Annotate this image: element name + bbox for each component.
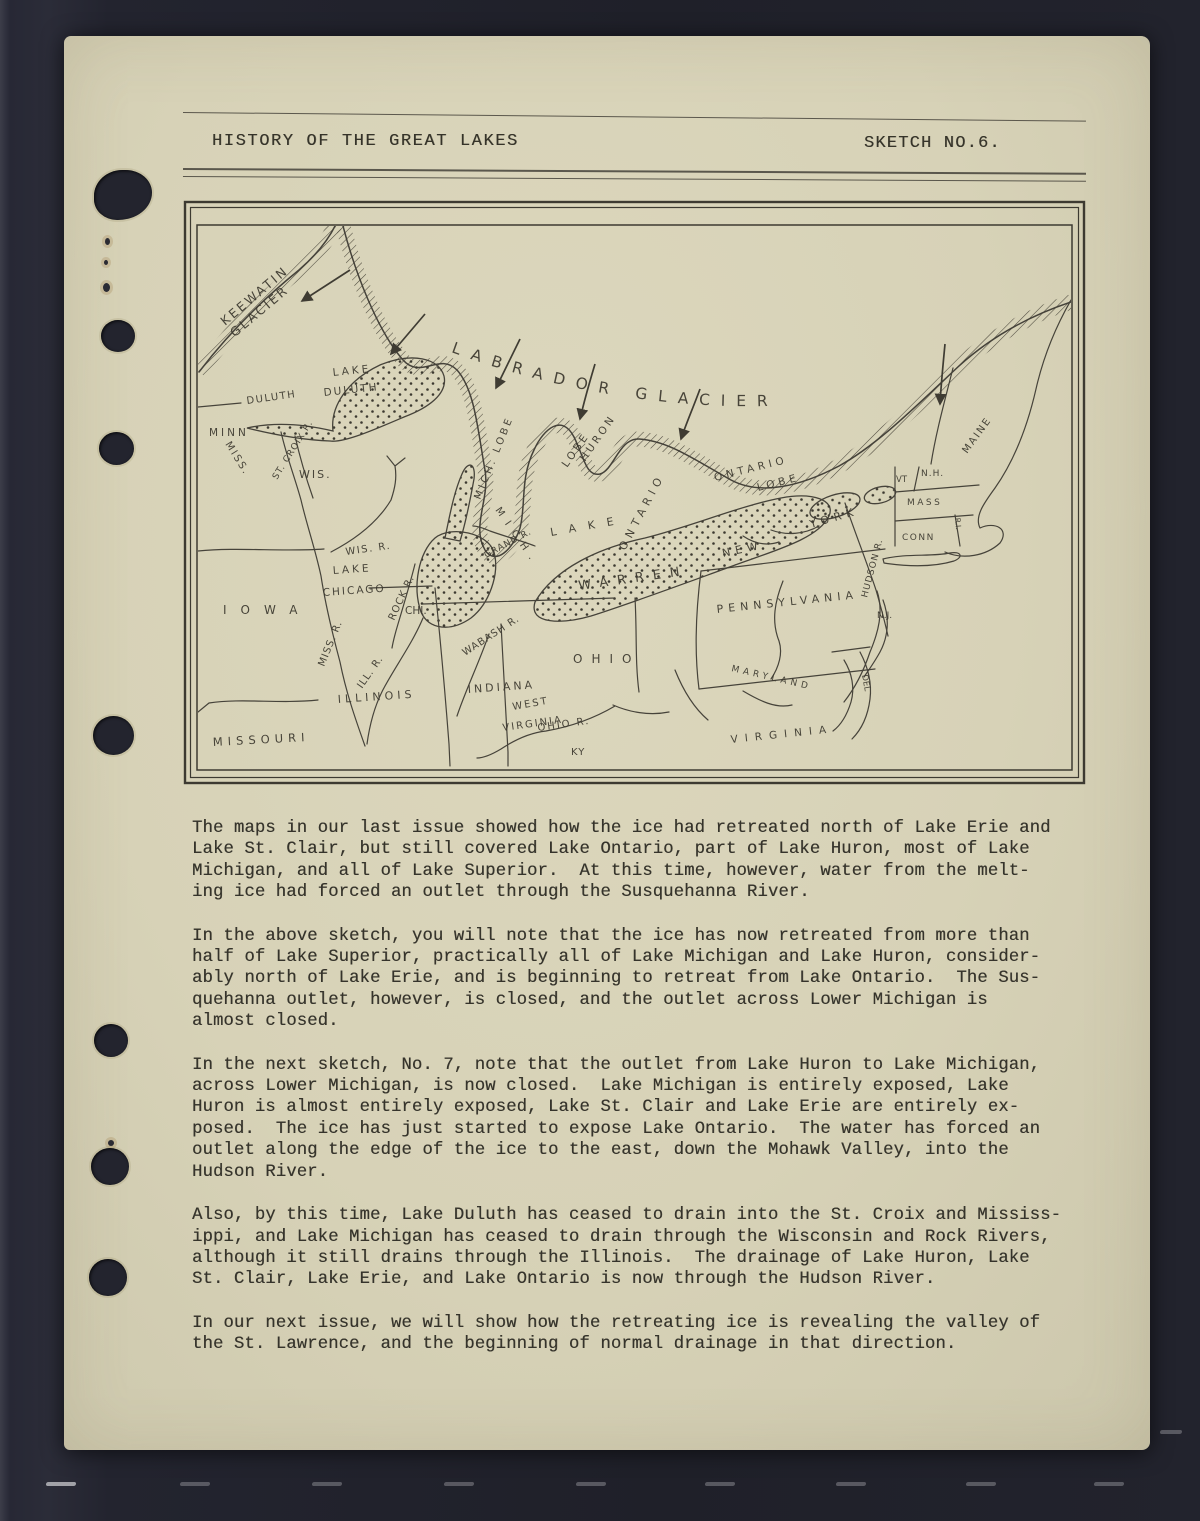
map-label-lake-warren-1: LAKE bbox=[549, 513, 626, 539]
paragraph-2: In the above sketch, you will note that … bbox=[192, 926, 1097, 1033]
paper-speck-4 bbox=[108, 1140, 114, 1146]
map-label-wabash-r: WABASH R. bbox=[461, 614, 522, 659]
paragraph-5: In our next issue, we will show how the … bbox=[192, 1313, 1097, 1356]
map-label-illinois: ILLINOIS bbox=[337, 688, 416, 706]
map-label-mass: MASS bbox=[907, 498, 942, 508]
punch-hole-2 bbox=[101, 320, 135, 352]
binding-stitch bbox=[46, 1482, 77, 1486]
header-divider bbox=[183, 168, 1086, 182]
map-label-duluth-city: DULUTH bbox=[246, 389, 297, 407]
lake-chicago-area bbox=[417, 532, 496, 628]
paper-speck-2 bbox=[104, 260, 108, 265]
map-label-nj: N.J. bbox=[877, 611, 892, 621]
map-label-ill-r: ILL. R. bbox=[355, 654, 385, 691]
map-label-chi: CHI. bbox=[405, 605, 427, 617]
paragraph-3: In the next sketch, No. 7, note that the… bbox=[192, 1055, 1097, 1183]
map-label-wis: WIS. bbox=[299, 468, 332, 481]
map-label-nh: N.H. bbox=[921, 469, 944, 479]
binding-stitch bbox=[312, 1482, 343, 1486]
binding-stitch bbox=[576, 1482, 607, 1486]
punch-hole-6 bbox=[91, 1148, 129, 1185]
paper-speck-3 bbox=[103, 283, 110, 292]
punch-hole-5 bbox=[94, 1024, 128, 1057]
ice-margin-pond-2 bbox=[863, 483, 898, 506]
map-label-indiana: INDIANA bbox=[467, 678, 535, 696]
binding-stitch bbox=[1160, 1430, 1183, 1434]
map-svg: KEEWATIN GLACIER LABRADOR GLACIER MICH. … bbox=[183, 200, 1086, 785]
map-label-miss: MISS. bbox=[222, 440, 251, 478]
lake-chicago-north-arm bbox=[445, 465, 474, 541]
binding-stitch bbox=[1094, 1482, 1125, 1486]
binding-stitch bbox=[444, 1482, 475, 1486]
map-label-lake-chicago-1: LAKE bbox=[332, 562, 372, 577]
map-label-west-va-1: WEST bbox=[512, 696, 550, 713]
map-label-iowa: IOWA bbox=[223, 603, 311, 617]
punch-hole-7 bbox=[89, 1259, 127, 1296]
map-sketch: KEEWATIN GLACIER LABRADOR GLACIER MICH. … bbox=[183, 200, 1086, 785]
map-label-minn: MINN bbox=[209, 427, 249, 439]
map-label-pennsylvania: PENNSYLVANIA bbox=[716, 588, 859, 616]
long-island bbox=[883, 553, 960, 566]
map-label-hudson-r: HUDSON R. bbox=[860, 538, 885, 599]
chesapeake bbox=[833, 660, 853, 731]
map-label-ohio: OHIO bbox=[573, 652, 640, 666]
binder-spine-edge bbox=[0, 0, 10, 1521]
document-page: HISTORY OF THE GREAT LAKES SKETCH NO.6. bbox=[64, 36, 1150, 1450]
sketch-number: SKETCH NO.6. bbox=[864, 134, 1001, 153]
map-label-miss-r: MISS. R. bbox=[317, 619, 345, 668]
map-label-wis-r: WIS. R. bbox=[345, 541, 392, 558]
paper-speck-1 bbox=[105, 238, 110, 245]
map-label-maine: MAINE bbox=[961, 415, 995, 456]
binding-stitch bbox=[836, 1482, 867, 1486]
map-label-keewatin-glacier: KEEWATIN GLACIER bbox=[217, 263, 301, 340]
punch-hole-3 bbox=[99, 432, 134, 465]
punch-hole-4 bbox=[93, 716, 134, 755]
map-label-maryland: MARYLAND bbox=[730, 664, 812, 692]
map-outer-border-inner-line bbox=[191, 208, 1079, 778]
binder-background: HISTORY OF THE GREAT LAKES SKETCH NO.6. bbox=[0, 0, 1200, 1521]
map-label-ri: R.I. bbox=[953, 517, 963, 530]
map-label-virginia: VIRGINIA bbox=[730, 723, 834, 746]
binding-stitch bbox=[705, 1482, 736, 1486]
page-title: HISTORY OF THE GREAT LAKES bbox=[212, 132, 519, 151]
wisconsin-river bbox=[331, 456, 405, 552]
map-label-lake-chicago-2: CHICAGO bbox=[322, 583, 386, 599]
map-label-del: DEL bbox=[859, 674, 872, 692]
body-text: The maps in our last issue showed how th… bbox=[192, 818, 1097, 1378]
map-label-conn: CONN bbox=[902, 533, 935, 543]
top-rule bbox=[183, 112, 1086, 122]
paragraph-1: The maps in our last issue showed how th… bbox=[192, 818, 1097, 904]
map-label-labrador-glacier: LABRADOR GLACIER bbox=[450, 339, 779, 410]
binding-stitch bbox=[180, 1482, 211, 1486]
map-drawing: KEEWATIN GLACIER LABRADOR GLACIER MICH. … bbox=[198, 226, 1071, 766]
page-header: HISTORY OF THE GREAT LAKES SKETCH NO.6. bbox=[183, 132, 1086, 158]
potomac-river bbox=[743, 691, 792, 706]
delmarva bbox=[832, 647, 871, 739]
map-label-missouri: MISSOURI bbox=[212, 730, 309, 749]
map-label-ky: KY bbox=[571, 747, 585, 758]
binding-stitch bbox=[966, 1482, 997, 1486]
paragraph-4: Also, by this time, Lake Duluth has ceas… bbox=[192, 1205, 1097, 1291]
map-label-vt: VT bbox=[896, 475, 908, 485]
